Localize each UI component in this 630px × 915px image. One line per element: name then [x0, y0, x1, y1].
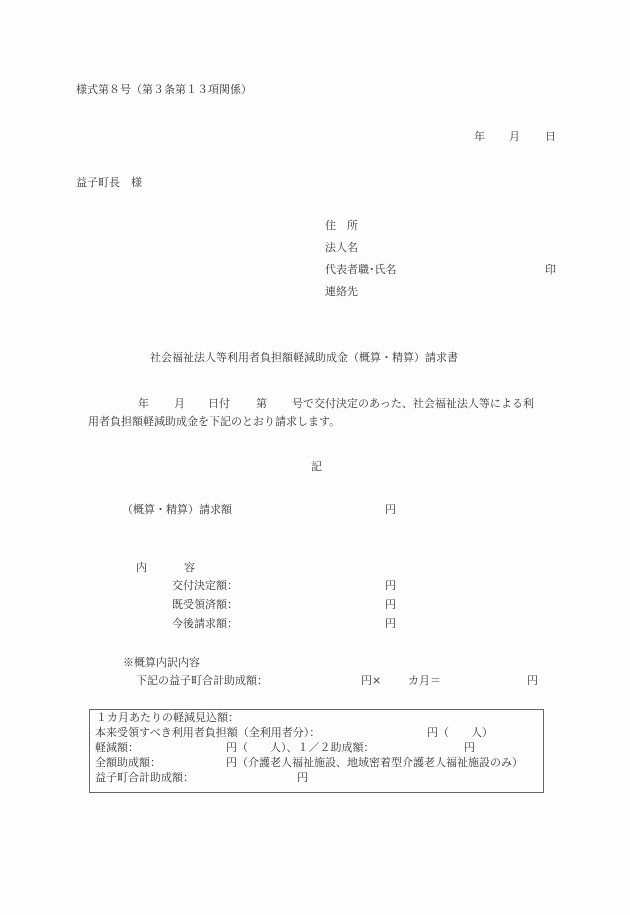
- box-line2-tail: 円（ 人）: [427, 726, 493, 740]
- estimate-label: 下記の益子町合計助成額：: [136, 674, 268, 688]
- body-no-prefix: 第: [256, 397, 267, 411]
- detail-unit-granted: 円: [385, 579, 396, 593]
- body-line1-text: 号で交付決定のあった、社会福祉法人等による利: [292, 397, 534, 411]
- box-line4-tail: 円（介護老人福祉施設、地域密着型介護老人福祉施設のみ）: [226, 756, 523, 770]
- detail-label-future: 今後請求額：: [172, 617, 238, 631]
- estimate-months: カ月＝: [408, 674, 441, 688]
- representative-label: 代表者職･氏名: [325, 263, 397, 277]
- body-year: 年: [138, 397, 149, 411]
- box-line5-label: 益子町合計助成額：: [95, 771, 194, 785]
- form-number: 様式第８号（第３条第１３項関係）: [76, 83, 252, 97]
- estimate-unit1: 円×: [361, 674, 381, 688]
- estimate-heading: ※概算内訳内容: [123, 656, 200, 670]
- detail-label-granted: 交付決定額：: [172, 579, 238, 593]
- ki-heading: 記: [311, 460, 322, 474]
- body-line2: 用者負担額軽減助成金を下記のとおり請求します。: [88, 415, 340, 429]
- claim-unit: 円: [385, 503, 396, 517]
- address-label: 住 所: [325, 219, 358, 233]
- addressee: 益子町長 様: [76, 176, 142, 190]
- box-line4-label: 全額助成額：: [95, 756, 161, 770]
- box-line1: １カ月あたりの軽減見込額：: [96, 711, 239, 725]
- detail-label-received: 既受領済額：: [172, 598, 238, 612]
- date-year: 年: [474, 130, 485, 144]
- contact-label: 連絡先: [325, 285, 358, 299]
- box-line2-label: 本来受領すべき利用者負担額（全利用者分）：: [95, 726, 320, 740]
- box-line3-label: 軽減額：: [95, 741, 139, 755]
- claim-label: （概算・精算）請求額: [122, 503, 232, 517]
- box-line5-tail: 円: [297, 771, 308, 785]
- box-line3-tail: 円: [464, 741, 475, 755]
- monthly-reduction-box: １カ月あたりの軽減見込額： 本来受領すべき利用者負担額（全利用者分）： 円（ 人…: [89, 709, 544, 793]
- body-month: 月: [174, 397, 185, 411]
- corp-name-label: 法人名: [325, 241, 358, 255]
- detail-unit-received: 円: [385, 598, 396, 612]
- date-day: 日: [545, 130, 556, 144]
- box-line3-mid: 円（ 人）、１／２助成額：: [226, 741, 375, 755]
- document-title: 社会福祉法人等利用者負担額軽減助成金（概算・精算）請求書: [150, 351, 458, 365]
- detail-unit-future: 円: [385, 617, 396, 631]
- seal-mark: 印: [545, 263, 556, 277]
- body-day: 日付: [208, 397, 230, 411]
- date-month: 月: [509, 130, 520, 144]
- details-heading-b: 容: [184, 561, 195, 575]
- details-heading-a: 内: [136, 561, 147, 575]
- estimate-unit2: 円: [527, 674, 538, 688]
